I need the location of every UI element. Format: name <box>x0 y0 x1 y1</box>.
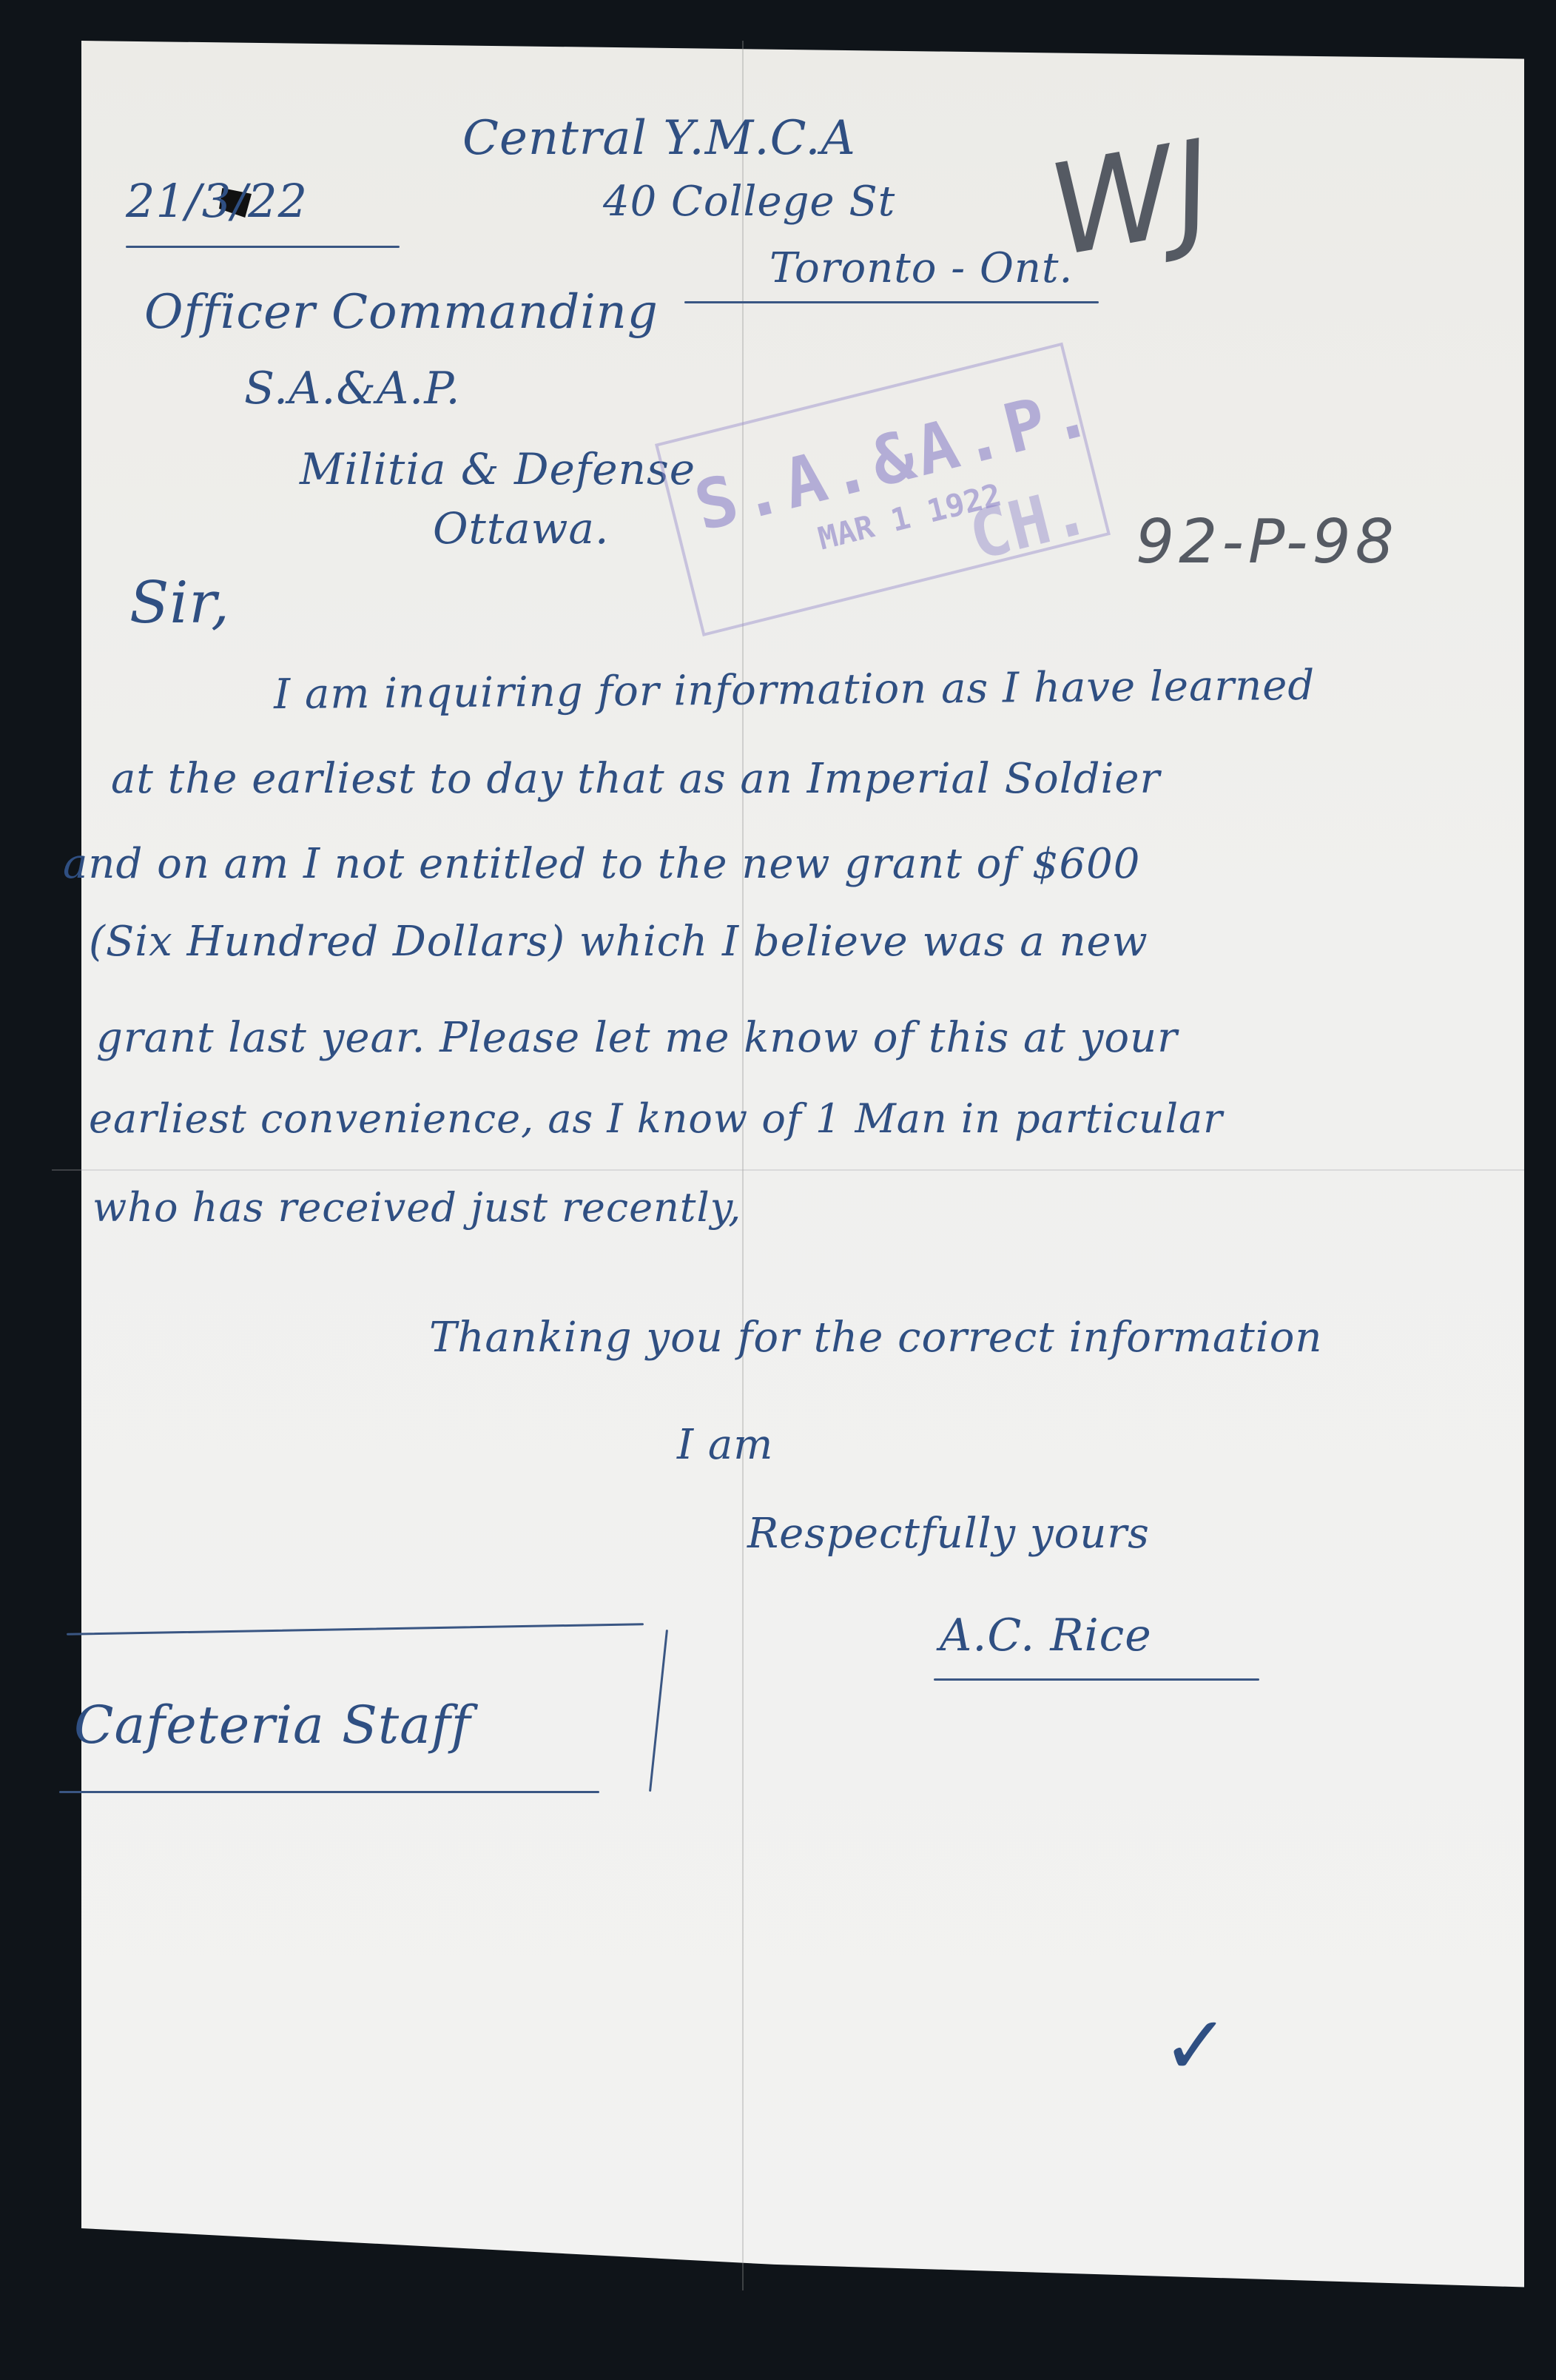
sender-address-line2: 40 College St <box>603 178 895 226</box>
closing-respectfully: Respectfully yours <box>747 1510 1150 1558</box>
box-top-line <box>67 1623 644 1636</box>
date-underline <box>126 246 400 248</box>
body-line-7: who has received just recently, <box>92 1184 741 1231</box>
address-underline <box>684 301 1099 303</box>
body-line-4: (Six Hundred Dollars) which I believe wa… <box>89 918 1148 966</box>
boxed-note: Cafeteria Staff <box>59 1606 644 1806</box>
box-bottom-line <box>59 1791 599 1793</box>
check-mark-icon: ✓ <box>1162 1998 1230 2093</box>
letter-date: 21/3/22 <box>126 174 308 228</box>
signature: A.C. Rice <box>940 1610 1152 1661</box>
pencil-initials: WJ <box>1039 113 1223 286</box>
body-line-1: I am inquiring for information as I have… <box>274 662 1316 719</box>
body-line-6: earliest convenience, as I know of 1 Man… <box>89 1095 1223 1142</box>
sender-address-line1: Central Y.M.C.A <box>462 111 856 166</box>
salutation: Sir, <box>129 570 230 636</box>
horizontal-fold-crease <box>52 1169 1524 1171</box>
recipient-line1: Officer Commanding <box>144 285 659 340</box>
sender-address-line3: Toronto - Ont. <box>769 244 1073 292</box>
file-number: 92-P-98 <box>1136 507 1398 577</box>
body-line-5: grant last year. Please let me know of t… <box>96 1014 1178 1062</box>
vertical-fold-crease <box>742 41 744 2290</box>
recipient-line3: Militia & Defense <box>300 444 696 494</box>
recipient-line2: S.A.&A.P. <box>244 363 461 414</box>
recipient-line4: Ottawa. <box>433 503 609 554</box>
signature-underline <box>934 1678 1259 1681</box>
closing-thanks: Thanking you for the correct information <box>429 1314 1322 1362</box>
closing-i-am: I am <box>677 1421 773 1469</box>
body-line-3: and on am I not entitled to the new gran… <box>63 840 1140 888</box>
body-line-2: at the earliest to day that as an Imperi… <box>111 755 1160 803</box>
boxed-note-text: Cafeteria Staff <box>74 1695 471 1755</box>
